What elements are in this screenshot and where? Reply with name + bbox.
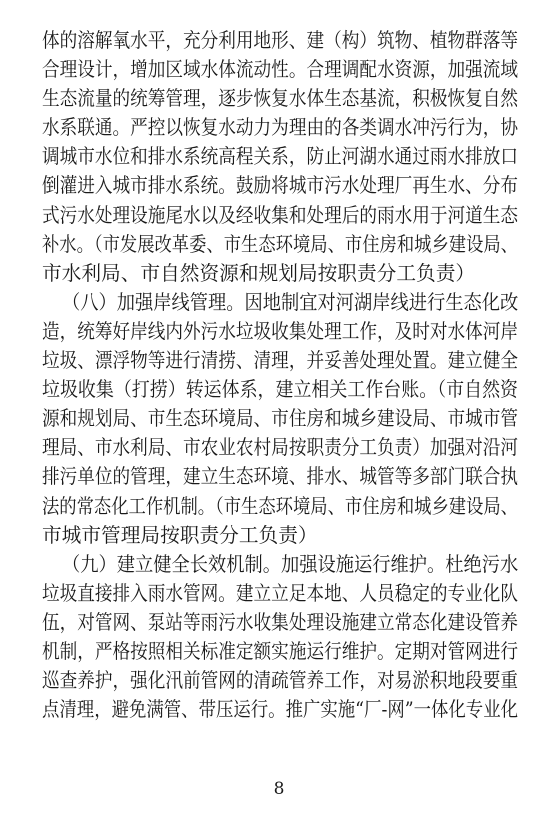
text-line-content: 点清理，避免满管、带压运行。推广实施“厂-网”一体化专业化	[42, 695, 518, 724]
text-line-content: 伍，对管网、泵站等雨污水收集处理设施建立常态化建设管养	[42, 608, 518, 637]
text-line-content: 合理设计，增加区域水体流动性。合理调配水资源，加强流域	[42, 55, 518, 84]
text-line: 式污水处理设施尾水以及经收集和处理后的雨水用于河道生态	[42, 201, 518, 230]
text-line: 理局、市水利局、市农业农村局按职责分工负责）加强对沿河	[42, 433, 518, 462]
text-line-content: 造，统筹好岸线内外污水垃圾收集处理工作，及时对水体河岸	[42, 317, 518, 346]
text-line: 点清理，避免满管、带压运行。推广实施“厂-网”一体化专业化	[42, 695, 518, 724]
text-line-content: 生态流量的统筹管理，逐步恢复水体生态基流，积极恢复自然	[42, 84, 518, 113]
text-line: 巡查养护，强化汛前管网的清疏管养工作，对易淤积地段要重	[42, 666, 518, 695]
text-line-content: 市水利局、市自然资源和规划局按职责分工负责）	[42, 259, 475, 288]
text-line: 市城市管理局按职责分工负责）	[42, 521, 518, 550]
text-line: 垃圾直接排入雨水管网。建立立足本地、人员稳定的专业化队	[42, 579, 518, 608]
text-line-content: 机制，严格按照相关标准定额实施运行维护。定期对管网进行	[42, 637, 518, 666]
text-line: （九）建立健全长效机制。加强设施运行维护。杜绝污水	[42, 550, 518, 579]
text-line-content: 垃圾直接排入雨水管网。建立立足本地、人员稳定的专业化队	[42, 579, 518, 608]
text-line-content: 市城市管理局按职责分工负责）	[42, 521, 318, 550]
text-line: 市水利局、市自然资源和规划局按职责分工负责）	[42, 259, 518, 288]
text-line: 生态流量的统筹管理，逐步恢复水体生态基流，积极恢复自然	[42, 84, 518, 113]
text-line-content: 排污单位的管理，建立生态环境、排水、城管等多部门联合执	[42, 462, 518, 491]
page-number: 8	[0, 779, 558, 799]
text-line-content: 式污水处理设施尾水以及经收集和处理后的雨水用于河道生态	[42, 201, 518, 230]
text-line: 排污单位的管理，建立生态环境、排水、城管等多部门联合执	[42, 462, 518, 491]
text-line: 垃圾、漂浮物等进行清捞、清理，并妥善处理处置。建立健全	[42, 346, 518, 375]
text-line-content: 巡查养护，强化汛前管网的清疏管养工作，对易淤积地段要重	[42, 666, 518, 695]
text-line-content: 调城市水位和排水系统高程关系，防止河湖水通过雨水排放口	[42, 142, 518, 171]
text-line-content: 倒灌进入城市排水系统。鼓励将城市污水处理厂再生水、分布	[42, 171, 518, 200]
text-line: 调城市水位和排水系统高程关系，防止河湖水通过雨水排放口	[42, 142, 518, 171]
text-line: 法的常态化工作机制。（市生态环境局、市住房和城乡建设局、	[42, 492, 518, 521]
text-line: 源和规划局、市生态环境局、市住房和城乡建设局、市城市管	[42, 404, 518, 433]
text-line: 垃圾收集（打捞）转运体系，建立相关工作台账。（市自然资	[42, 375, 518, 404]
text-line-content: 源和规划局、市生态环境局、市住房和城乡建设局、市城市管	[42, 404, 518, 433]
text-line-content: （八）加强岸线管理。因地制宜对河湖岸线进行生态化改	[62, 288, 518, 317]
text-line-content: 垃圾、漂浮物等进行清捞、清理，并妥善处理处置。建立健全	[42, 346, 518, 375]
text-line: 补水。（市发展改革委、市生态环境局、市住房和城乡建设局、	[42, 230, 518, 259]
text-line: 造，统筹好岸线内外污水垃圾收集处理工作，及时对水体河岸	[42, 317, 518, 346]
text-line-content: 补水。（市发展改革委、市生态环境局、市住房和城乡建设局、	[42, 230, 518, 259]
document-page: 体的溶解氧水平，充分利用地形、建（构）筑物、植物群落等合理设计，增加区域水体流动…	[0, 0, 558, 821]
text-line-content: 理局、市水利局、市农业农村局按职责分工负责）加强对沿河	[42, 433, 518, 462]
text-line-content: 体的溶解氧水平，充分利用地形、建（构）筑物、植物群落等	[42, 26, 518, 55]
text-line: 合理设计，增加区域水体流动性。合理调配水资源，加强流域	[42, 55, 518, 84]
text-line-content: 垃圾收集（打捞）转运体系，建立相关工作台账。（市自然资	[42, 375, 518, 404]
text-line: 倒灌进入城市排水系统。鼓励将城市污水处理厂再生水、分布	[42, 171, 518, 200]
text-line: 机制，严格按照相关标准定额实施运行维护。定期对管网进行	[42, 637, 518, 666]
text-line: 伍，对管网、泵站等雨污水收集处理设施建立常态化建设管养	[42, 608, 518, 637]
text-line-content: 水系联通。严控以恢复水动力为理由的各类调水冲污行为，协	[42, 113, 518, 142]
text-block: 体的溶解氧水平，充分利用地形、建（构）筑物、植物群落等合理设计，增加区域水体流动…	[42, 26, 518, 724]
text-line-content: （九）建立健全长效机制。加强设施运行维护。杜绝污水	[62, 550, 518, 579]
text-line-content: 法的常态化工作机制。（市生态环境局、市住房和城乡建设局、	[42, 492, 518, 521]
text-line: 水系联通。严控以恢复水动力为理由的各类调水冲污行为，协	[42, 113, 518, 142]
text-line: （八）加强岸线管理。因地制宜对河湖岸线进行生态化改	[42, 288, 518, 317]
text-line: 体的溶解氧水平，充分利用地形、建（构）筑物、植物群落等	[42, 26, 518, 55]
